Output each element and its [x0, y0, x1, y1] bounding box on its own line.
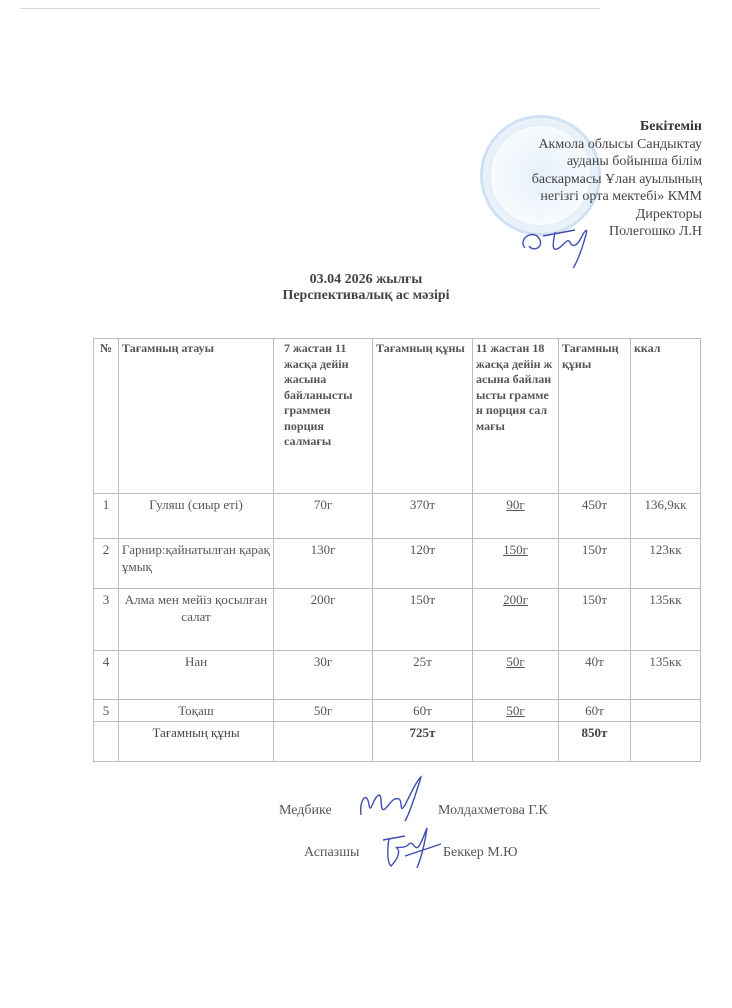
col-header-dish-name: Тағамның атауы [119, 339, 274, 494]
scan-artifact-line [20, 8, 600, 9]
price-11-18: 150т [559, 589, 631, 651]
kcal: 135кк [631, 589, 701, 651]
row-number: 5 [94, 700, 119, 722]
price-7-11: 120т [373, 539, 473, 589]
nurse-signature [355, 775, 425, 825]
kcal: 123кк [631, 539, 701, 589]
price-11-18: 40т [559, 651, 631, 700]
col-header-number: № [94, 339, 119, 494]
total-label: Тағамның құны [119, 722, 274, 762]
total-price-7-11: 725т [373, 722, 473, 762]
approval-line: ауданы бойынша білім [462, 153, 702, 171]
col-header-portion-7-11: 7 жастан 11 жасқа дейін жасына байланыст… [274, 339, 373, 494]
total-price-11-18: 850т [559, 722, 631, 762]
row-number: 4 [94, 651, 119, 700]
approval-line: баскармасы Ұлан ауылының [462, 171, 702, 189]
cook-signature [375, 822, 445, 872]
dish-name: Гуляш (сиыр еті) [119, 494, 274, 539]
kcal: 136,9кк [631, 494, 701, 539]
row-number: 2 [94, 539, 119, 589]
col-header-price-11-18: Тағамның құны [559, 339, 631, 494]
col-header-kcal: ккал [631, 339, 701, 494]
total-number-cell [94, 722, 119, 762]
table-row: 4 Нан 30г 25т 50г 40т 135кк [94, 651, 701, 700]
table-row: 2 Гарнир:қайнатылған қарақұмық 130г 120т… [94, 539, 701, 589]
total-kcal [631, 722, 701, 762]
portion-11-18: 50г [473, 651, 559, 700]
row-number: 1 [94, 494, 119, 539]
total-portion-11-18 [473, 722, 559, 762]
portion-7-11: 200г [274, 589, 373, 651]
nurse-name: Молдахметова Г.К [438, 803, 548, 819]
portion-11-18: 200г [473, 589, 559, 651]
dish-name: Нан [119, 651, 274, 700]
portion-7-11: 50г [274, 700, 373, 722]
portion-11-18: 50г [473, 700, 559, 722]
dish-name: Алма мен мейіз қосылған салат [119, 589, 274, 651]
nurse-role: Медбике [279, 803, 332, 819]
price-11-18: 60т [559, 700, 631, 722]
table-row: 3 Алма мен мейіз қосылған салат 200г 150… [94, 589, 701, 651]
portion-11-18: 150г [473, 539, 559, 589]
col-header-price-7-11: Тағамның құны [373, 339, 473, 494]
price-7-11: 25т [373, 651, 473, 700]
approval-title: Бекітемін [462, 118, 702, 136]
portion-7-11: 130г [274, 539, 373, 589]
menu-table: № Тағамның атауы 7 жастан 11 жасқа дейін… [93, 338, 701, 762]
price-11-18: 150т [559, 539, 631, 589]
table-header-row: № Тағамның атауы 7 жастан 11 жасқа дейін… [94, 339, 701, 494]
document-heading: 03.04 2026 жылғы Перспективалық ас мәзір… [0, 272, 732, 304]
heading-title: Перспективалық ас мәзірі [0, 288, 732, 304]
approval-line: негізгі орта мектебі» КММ [462, 188, 702, 206]
cook-name: Беккер М.Ю [443, 845, 518, 861]
cook-role: Аспазшы [304, 845, 359, 861]
price-11-18: 450т [559, 494, 631, 539]
table-row: 1 Гуляш (сиыр еті) 70г 370т 90г 450т 136… [94, 494, 701, 539]
director-signature [515, 218, 605, 268]
dish-name: Тоқаш [119, 700, 274, 722]
total-portion-7-11 [274, 722, 373, 762]
table-total-row: Тағамның құны 725т 850т [94, 722, 701, 762]
dish-name: Гарнир:қайнатылған қарақұмық [119, 539, 274, 589]
portion-7-11: 70г [274, 494, 373, 539]
price-7-11: 370т [373, 494, 473, 539]
col-header-portion-11-18: 11 жастан 18 жасқа дейін жасына байланыс… [473, 339, 559, 494]
price-7-11: 150т [373, 589, 473, 651]
kcal [631, 700, 701, 722]
approval-line: Акмола облысы Сандыктау [462, 136, 702, 154]
table-row: 5 Тоқаш 50г 60т 50г 60т [94, 700, 701, 722]
price-7-11: 60т [373, 700, 473, 722]
kcal: 135кк [631, 651, 701, 700]
row-number: 3 [94, 589, 119, 651]
portion-7-11: 30г [274, 651, 373, 700]
portion-11-18: 90г [473, 494, 559, 539]
heading-date: 03.04 2026 жылғы [0, 272, 732, 288]
